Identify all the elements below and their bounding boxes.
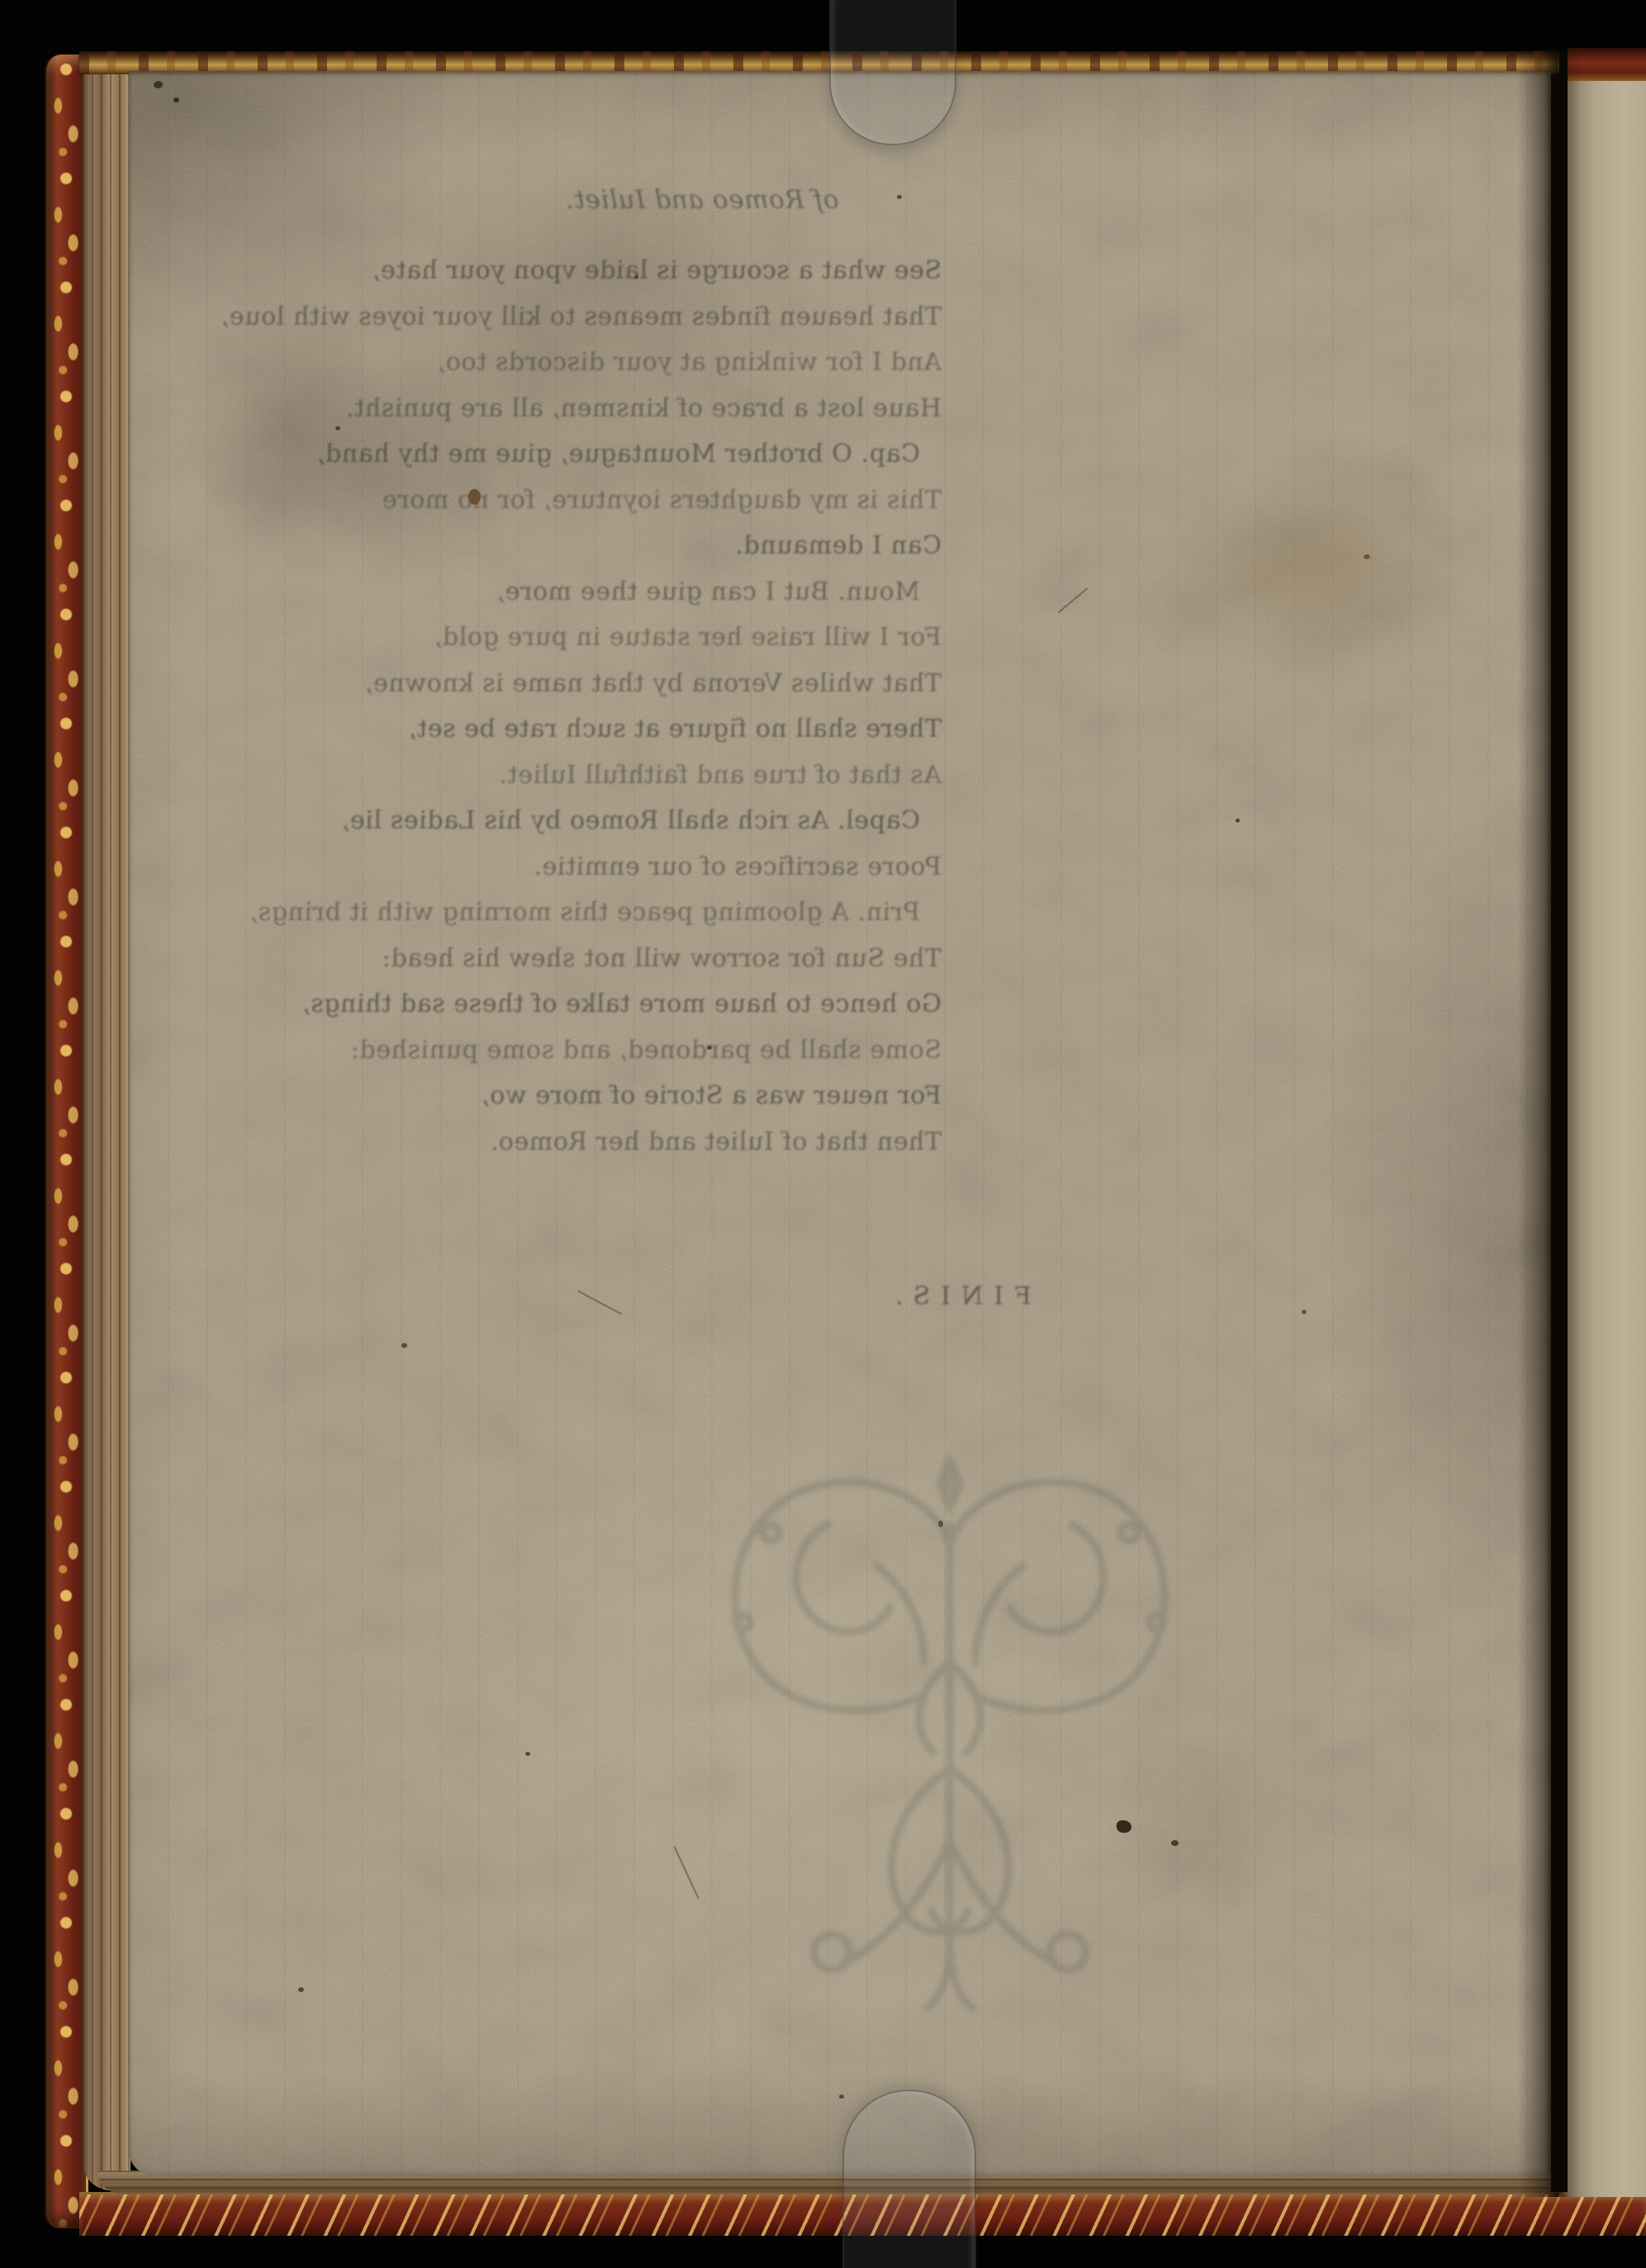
paper-speck bbox=[1117, 1820, 1131, 1833]
gutter-shadow bbox=[1518, 50, 1581, 2197]
bleedthrough-text-block: See what a scourge is laide vpon your ha… bbox=[297, 248, 942, 1165]
paper-speck bbox=[173, 97, 179, 102]
bleedthrough-line: Moun. But I can giue thee more, bbox=[297, 569, 942, 615]
bleedthrough-line: Then that of Iuliet and her Romeo. bbox=[297, 1119, 942, 1165]
bleedthrough-line: Cap. O brother Mountague, giue me thy ha… bbox=[297, 431, 942, 477]
bleedthrough-line: Poore sacrifices of our enmitie. bbox=[297, 844, 942, 890]
woodcut-ornament-bleedthrough bbox=[665, 1416, 1235, 2015]
bleedthrough-line: Capel. As rich shall Romeo by his Ladies… bbox=[297, 798, 942, 844]
bleedthrough-line: And I for winking at your discords too, bbox=[297, 339, 942, 386]
bleedthrough-finis: FINIS. bbox=[859, 1282, 1057, 1311]
bleedthrough-running-header: of Romeo and Iuliet. bbox=[380, 185, 1024, 215]
bleedthrough-line: This is my daughters ioynture, for no mo… bbox=[297, 477, 942, 524]
paper-speck bbox=[897, 195, 902, 199]
bleedthrough-line: Some shall be pardoned, and some punishe… bbox=[297, 1027, 942, 1074]
page-strap-bottom[interactable] bbox=[842, 2090, 976, 2268]
bleedthrough-line: Can I demaund. bbox=[297, 523, 942, 569]
paper-speck bbox=[1302, 1310, 1307, 1314]
photo-background: of Romeo and Iuliet. See what a scourge … bbox=[0, 0, 1646, 2268]
bleedthrough-line: Go hence to haue more talke of these sad… bbox=[297, 981, 942, 1027]
bleedthrough-line: That heauen findes meanes to kill your i… bbox=[297, 294, 942, 340]
bleedthrough-line: Prin. A glooming peace this morning with… bbox=[297, 890, 942, 936]
bleedthrough-line: There shall no figure at such rate be se… bbox=[297, 706, 942, 752]
bleedthrough-line: The Sun for sorrow will not shew his hea… bbox=[297, 936, 942, 982]
bleedthrough-line: Haue lost a brace of kinsmen, all are pu… bbox=[297, 386, 942, 432]
paper-speck bbox=[335, 426, 340, 430]
paper-speck bbox=[468, 489, 481, 505]
paper-speck bbox=[1364, 554, 1370, 559]
bleedthrough-line: That whiles Verona by that name is known… bbox=[297, 661, 942, 707]
bleedthrough-line: For I will raise her statue in pure gold… bbox=[297, 614, 942, 661]
paper-speck bbox=[298, 1987, 304, 1992]
paper-speck bbox=[1171, 1840, 1179, 1846]
paper-speck bbox=[839, 2095, 844, 2099]
verso-page: of Romeo and Iuliet. See what a scourge … bbox=[129, 71, 1551, 2175]
paper-speck bbox=[154, 81, 163, 88]
paper-speck bbox=[401, 1343, 407, 1348]
bleedthrough-line: See what a scourge is laide vpon your ha… bbox=[297, 248, 942, 294]
bleedthrough-line: For neuer was a Storie of more wo, bbox=[297, 1073, 942, 1119]
bleedthrough-line: As that of true and faithfull Iuliet. bbox=[297, 752, 942, 799]
paper-speck bbox=[634, 275, 638, 279]
paper-speck bbox=[938, 1521, 943, 1527]
page-strap-top[interactable] bbox=[829, 0, 956, 145]
paper-speck bbox=[1236, 818, 1240, 823]
page-block-edges-left bbox=[83, 74, 130, 2190]
paper-speck bbox=[525, 1752, 530, 1756]
paper-speck bbox=[707, 1046, 712, 1050]
